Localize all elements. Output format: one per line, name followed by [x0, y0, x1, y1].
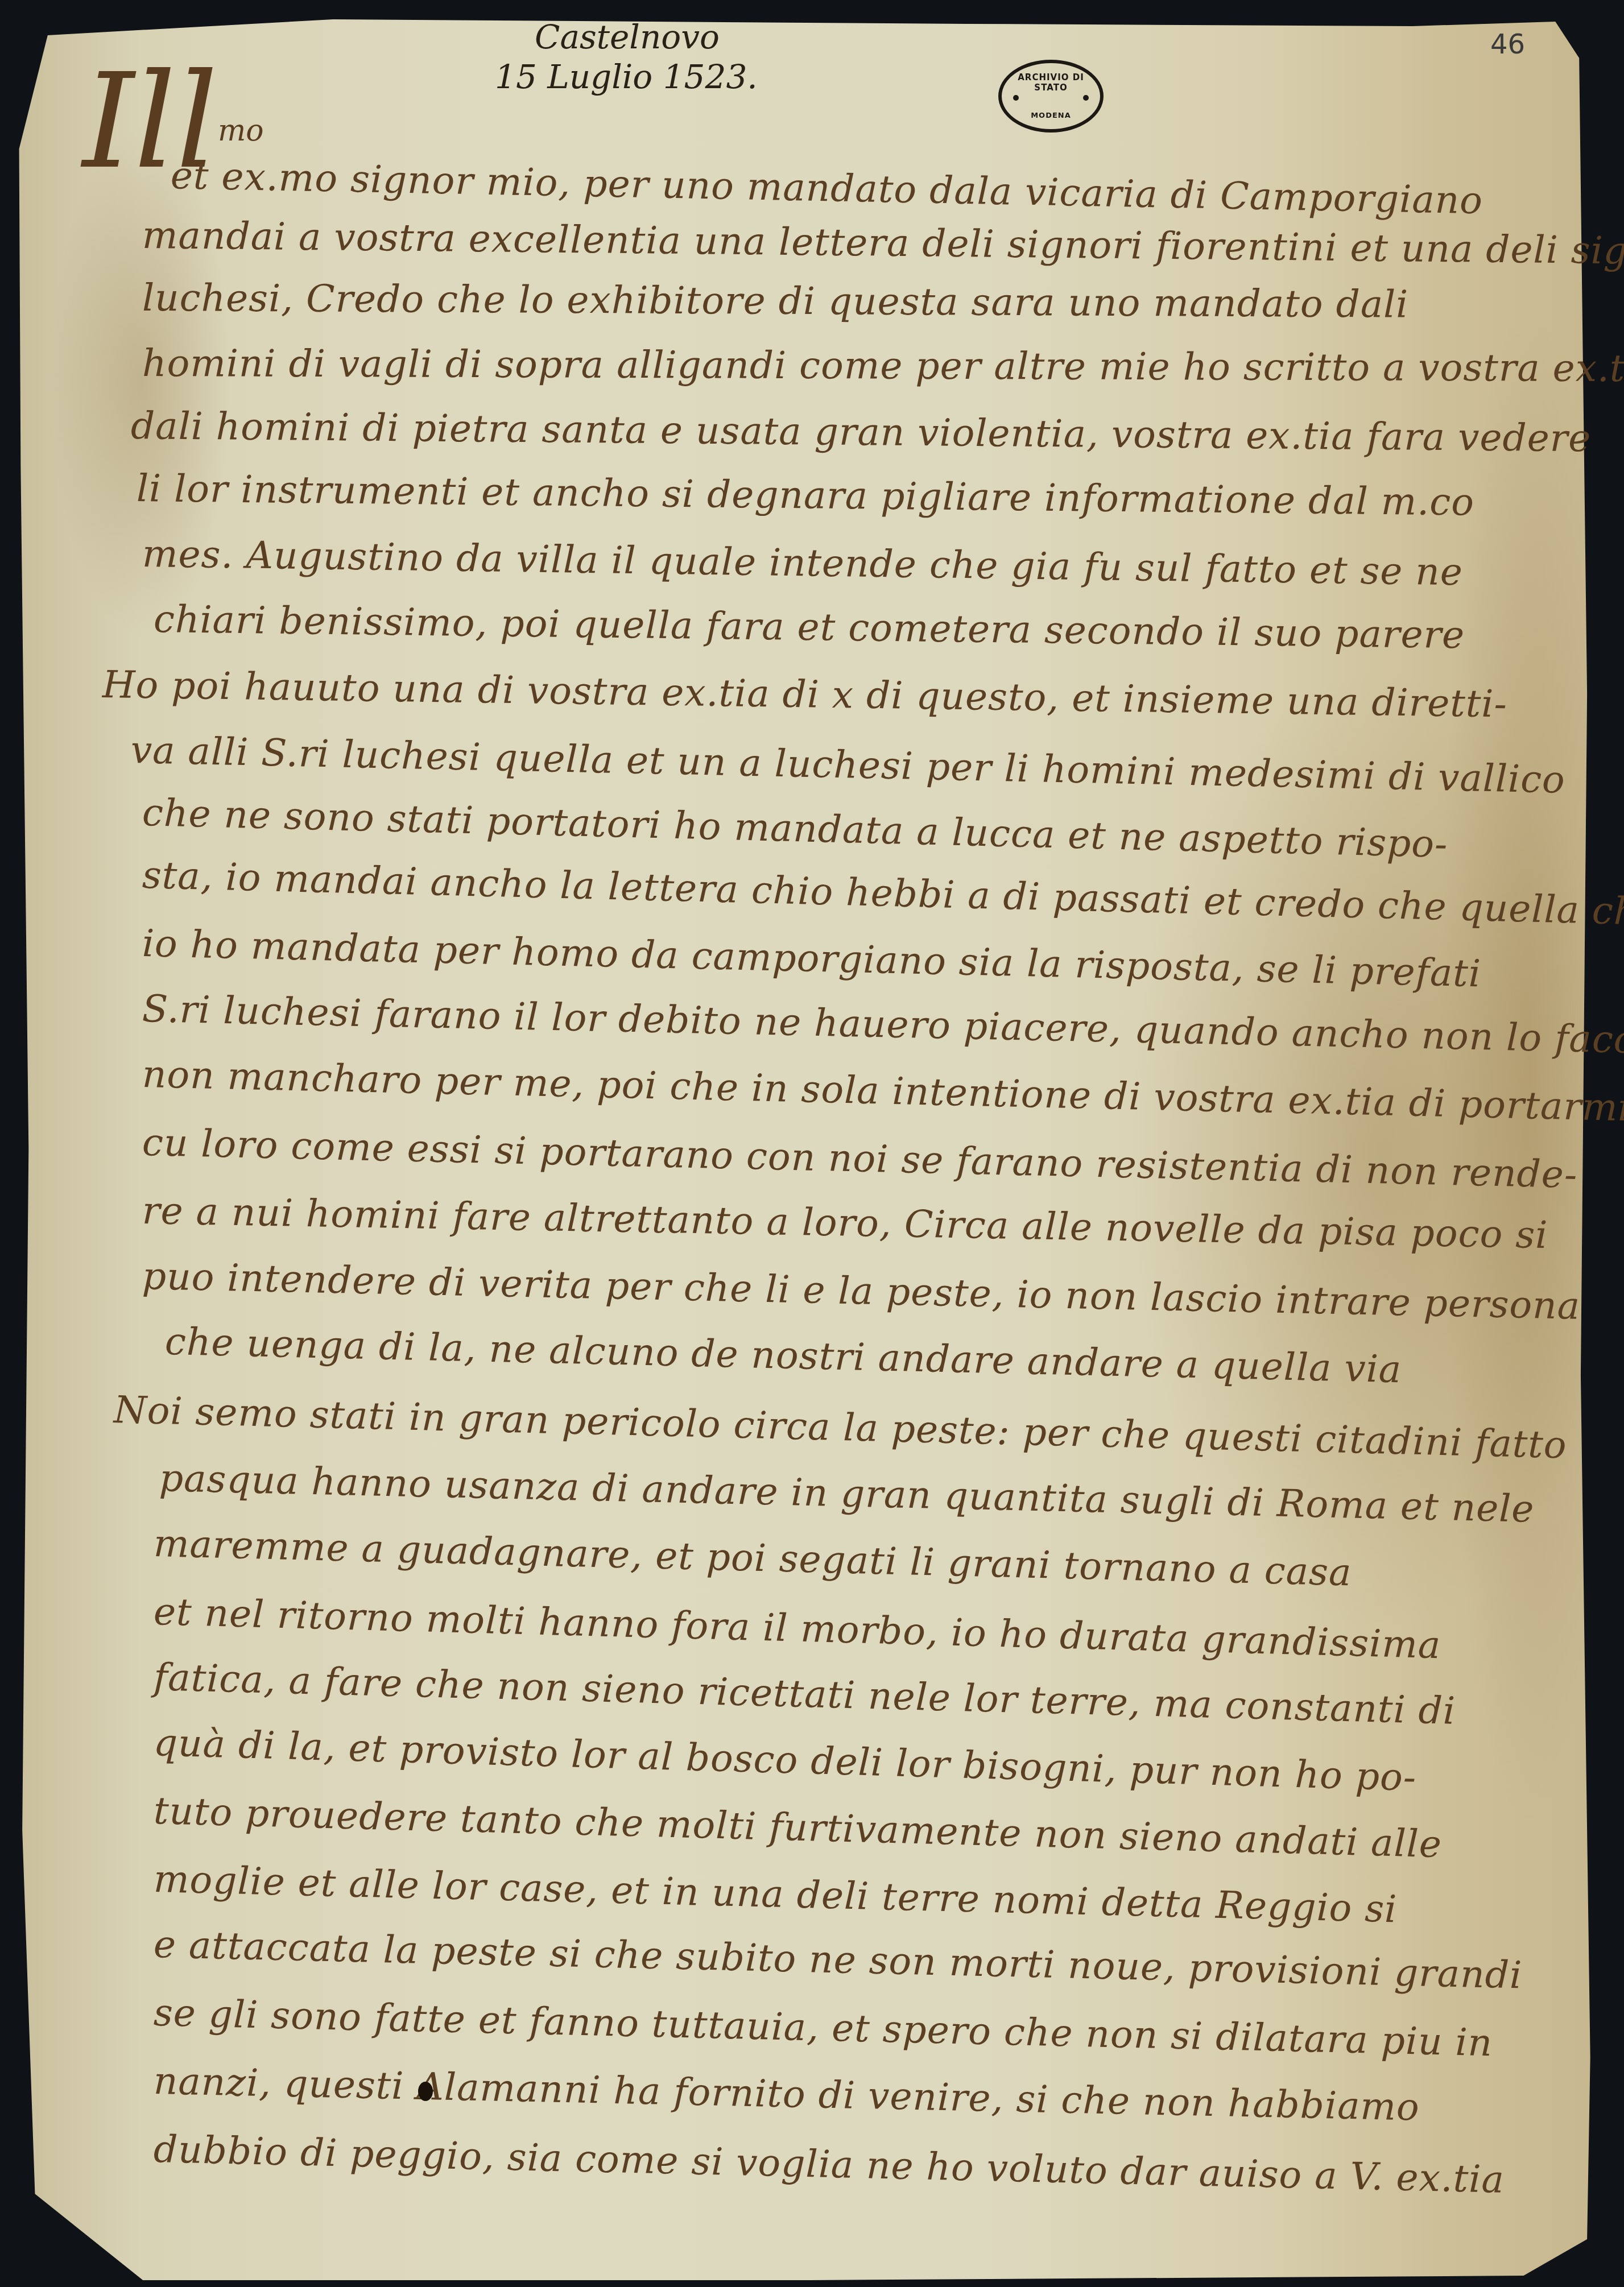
- text-line: luchesi, Credo che lo exhibitore di ques…: [142, 276, 1409, 326]
- ink-blot: [418, 2082, 433, 2101]
- right-edge-stain: [1438, 297, 1620, 1833]
- text-line: homini di vagli di sopra alligandi come …: [142, 341, 1624, 390]
- initial-superscript: mo: [218, 114, 264, 148]
- archive-stamp: ARCHIVIO DI STATO MODENA: [998, 60, 1104, 133]
- stamp-top-text: ARCHIVIO DI STATO: [1002, 72, 1100, 93]
- annotation-place: Castelnovo: [535, 17, 758, 57]
- stamp-bottom-text: MODENA: [1002, 111, 1100, 120]
- stamp-dot-icon: [1083, 95, 1089, 101]
- annotation-date: 15 Luglio 1523.: [495, 57, 758, 97]
- folio-number: 46: [1490, 28, 1525, 60]
- archival-annotation: Castelnovo 15 Luglio 1523.: [495, 17, 758, 97]
- stamp-dot-icon: [1013, 95, 1019, 101]
